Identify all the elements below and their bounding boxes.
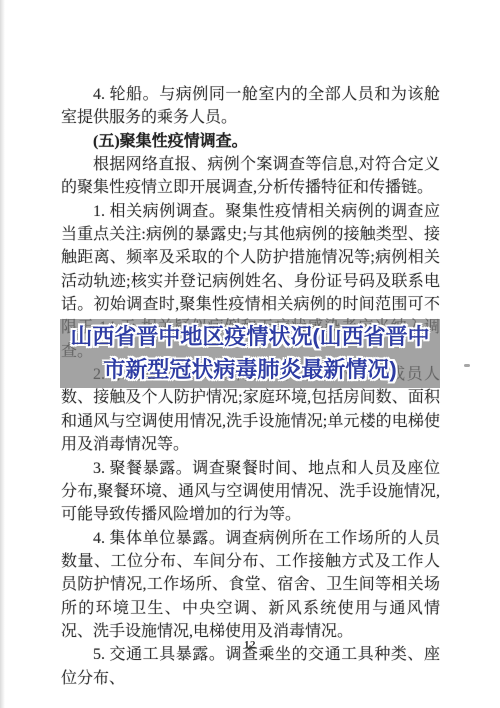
page-number: 12: [0, 639, 500, 651]
paragraph: 根据网络直报、病例个案调查等信息,对符合定义的聚集性疫情立即开展调查,分析传播特…: [61, 153, 440, 200]
paragraph: 3. 聚餐暴露。调查聚餐时间、地点和人员及座位分布,聚餐环境、通风与空调使用情况…: [61, 457, 440, 527]
title-overlay-band: 山西省晋中地区疫情状况(山西省晋中 市新型冠状病毒肺炎最新情况): [60, 319, 440, 388]
scan-edge-vignette: [0, 0, 5, 708]
document-page: 4. 轮船。与病例同一舱室内的全部人员和为该舱室提供服务的乘务人员。 (五)聚集…: [0, 0, 500, 708]
section-heading: (五)聚集性疫情调查。: [61, 130, 440, 153]
overlay-title-line-2: 市新型冠状病毒肺炎最新情况): [103, 354, 396, 387]
scan-speck: [464, 364, 470, 367]
paragraph: 4. 轮船。与病例同一舱室内的全部人员和为该舱室提供服务的乘务人员。: [61, 83, 440, 130]
overlay-title-line-1: 山西省晋中地区疫情状况(山西省晋中: [70, 321, 429, 354]
paragraph: 4. 集体单位暴露。调查病例所在工作场所的人员数量、工位分布、车间分布、工作接触…: [61, 527, 440, 644]
